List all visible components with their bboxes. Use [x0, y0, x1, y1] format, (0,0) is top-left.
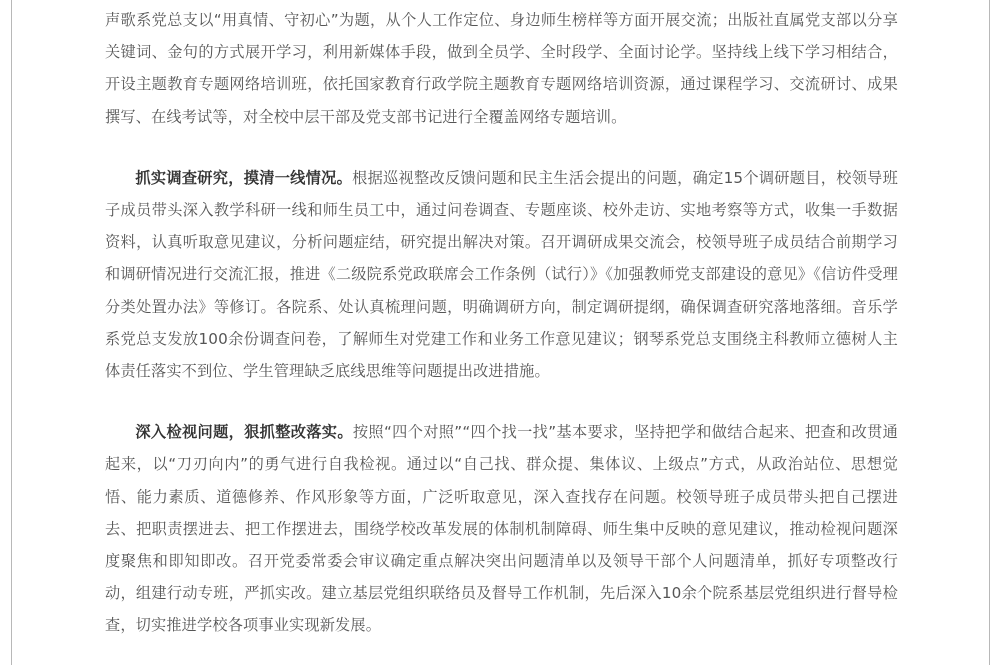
paragraph-lead-heading: 深入检视问题，狠抓整改落实。 [135, 423, 352, 441]
paragraph-study: 声歌系党总支以“用真情、守初心”为题，从个人工作定位、身边师生榜样等方面开展交流… [105, 4, 898, 133]
paragraph-research: 抓实调查研究，摸清一线情况。根据巡视整改反馈问题和民主生活会提出的问题，确定15… [105, 162, 898, 387]
paragraph-rectification: 深入检视问题，狠抓整改落实。按照“四个对照”“四个找一找”基本要求，坚持把学和做… [105, 416, 898, 641]
paragraph-text: 声歌系党总支以“用真情、守初心”为题，从个人工作定位、身边师生榜样等方面开展交流… [105, 11, 898, 126]
paragraph-text: 按照“四个对照”“四个找一找”基本要求，坚持把学和做结合起来、把查和改贯通起来，… [105, 423, 898, 634]
document-page: 声歌系党总支以“用真情、守初心”为题，从个人工作定位、身边师生榜样等方面开展交流… [11, 0, 990, 665]
paragraph-lead-heading: 抓实调查研究，摸清一线情况。 [135, 169, 352, 187]
paragraph-text: 根据巡视整改反馈问题和民主生活会提出的问题，确定15个调研题目，校领导班子成员带… [105, 169, 898, 380]
article-body: 声歌系党总支以“用真情、守初心”为题，从个人工作定位、身边师生榜样等方面开展交流… [105, 4, 898, 665]
